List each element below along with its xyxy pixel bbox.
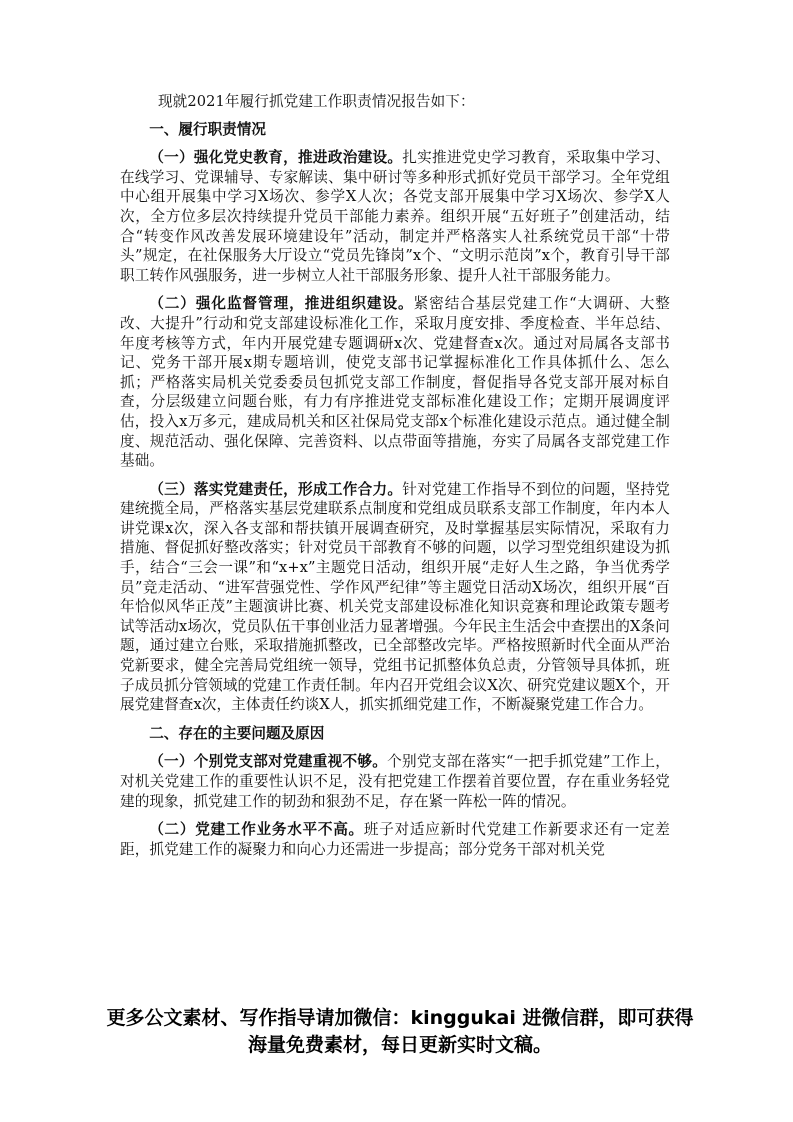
paragraph-2-2: （二）党建工作业务水平不高。班子对适应新时代党建工作新要求还有一定差距，抓党建工… (120, 820, 670, 859)
promo-footer: 更多公文素材、写作指导请加微信：kinggukai 进微信群，即可获得 海量免费… (100, 1005, 700, 1059)
promo-line-1: 更多公文素材、写作指导请加微信：kinggukai 进微信群，即可获得 (100, 1005, 700, 1032)
section-heading-2: 二、存在的主要问题及原因 (120, 724, 670, 744)
paragraph-lead: （三）落实党建责任，形成工作合力。 (149, 481, 402, 498)
paragraph-lead: （二）党建工作业务水平不高。 (149, 821, 364, 838)
paragraph-lead: （一）个别党支部对党建重视不够。 (149, 753, 387, 770)
paragraph-1-3: （三）落实党建责任，形成工作合力。针对党建工作指导不到位的问题，坚持党建统揽全局… (120, 480, 670, 715)
paragraph-body: 针对党建工作指导不到位的问题，坚持党建统揽全局，严格落实基层党建联系点制度和党组… (120, 481, 670, 714)
document-page: 现就2021年履行抓党建工作职责情况报告如下： 一、履行职责情况 （一）强化党史… (120, 92, 670, 868)
paragraph-body: 扎实推进党史学习教育，采取集中学习、在线学习、党课辅导、专家解读、集中研讨等多种… (120, 149, 670, 284)
paragraph-body: 紧密结合基层党建工作“大调研、大整改、大提升”行动和党支部建设标准化工作，采取月… (120, 295, 670, 469)
section-heading-1: 一、履行职责情况 (120, 120, 670, 140)
intro-paragraph: 现就2021年履行抓党建工作职责情况报告如下： (120, 92, 670, 112)
paragraph-lead: （一）强化党史教育，推进政治建设。 (149, 149, 402, 166)
paragraph-2-1: （一）个别党支部对党建重视不够。个别党支部在落实“一把手抓党建”工作上，对机关党… (120, 752, 670, 811)
promo-line-2: 海量免费素材，每日更新实时文稿。 (100, 1032, 700, 1059)
paragraph-1-1: （一）强化党史教育，推进政治建设。扎实推进党史学习教育，采取集中学习、在线学习、… (120, 148, 670, 285)
paragraph-1-2: （二）强化监督管理，推进组织建设。紧密结合基层党建工作“大调研、大整改、大提升”… (120, 294, 670, 470)
paragraph-lead: （二）强化监督管理，推进组织建设。 (149, 295, 413, 312)
